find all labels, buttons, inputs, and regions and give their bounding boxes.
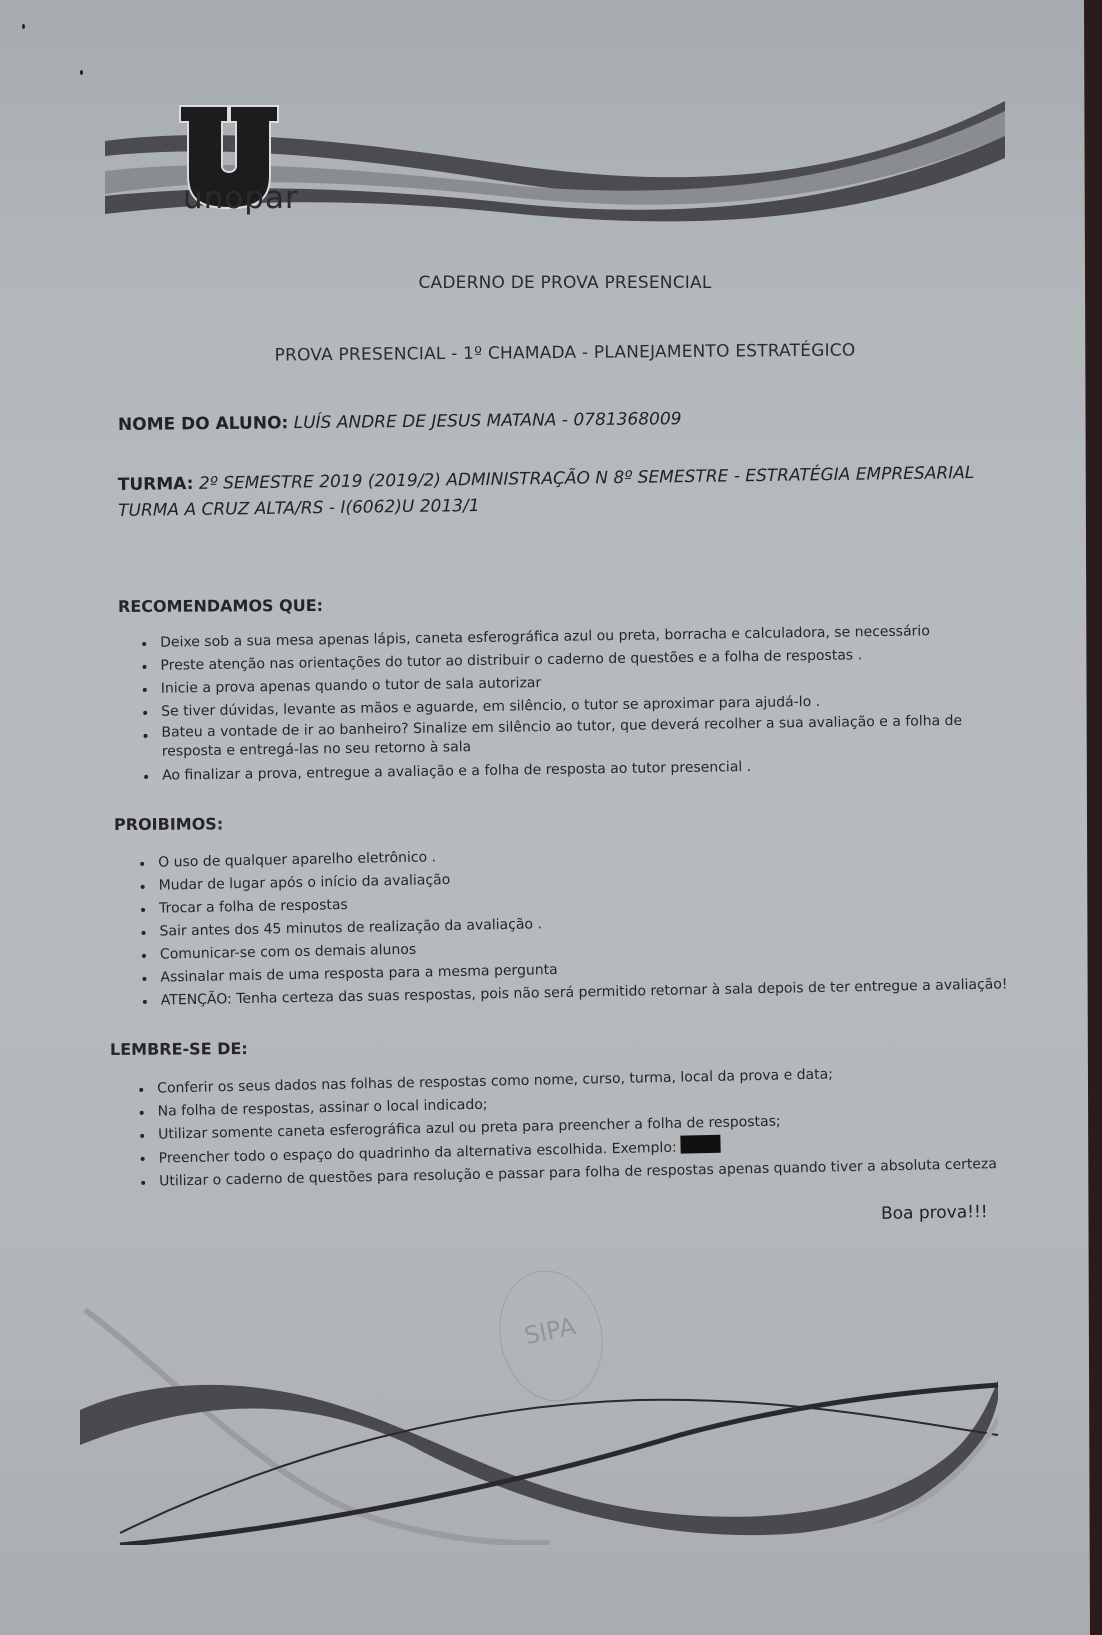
closing-message: Boa prova!!! (881, 1202, 988, 1224)
student-name-label: NOME DO ALUNO: (118, 413, 288, 435)
recomendamos-heading: RECOMENDAMOS QUE: (118, 596, 323, 616)
ink-speck (22, 24, 25, 29)
document-subtitle: PROVA PRESENCIAL - 1º CHAMADA - PLANEJAM… (20, 338, 1102, 368)
proibimos-list: O uso de qualquer aparelho eletrônico . … (138, 835, 1008, 1013)
lembre-list: Conferir os seus dados nas folhas de res… (137, 1060, 997, 1194)
turma-label: TURMA: (118, 474, 194, 495)
brand-logo-text: unopar (183, 180, 299, 216)
turma-field: TURMA: 2º SEMESTRE 2019 (2019/2) ADMINIS… (118, 460, 975, 524)
student-name-value: LUÍS ANDRE DE JESUS MATANA - 0781368009 (294, 409, 682, 433)
student-name-field: NOME DO ALUNO: LUÍS ANDRE DE JESUS MATAN… (118, 409, 682, 435)
recomendamos-list: Deixe sob a sua mesa apenas lápis, canet… (140, 619, 1022, 788)
filled-box-example-icon (680, 1135, 720, 1154)
lembre-heading: LEMBRE-SE DE: (110, 1039, 248, 1059)
ink-speck (80, 70, 83, 75)
exam-paper: unopar CADERNO DE PROVA PRESENCIAL PROVA… (0, 0, 1090, 1635)
document-title: CADERNO DE PROVA PRESENCIAL (20, 273, 1102, 293)
footer-swoosh-graphic (80, 1305, 1040, 1545)
proibimos-heading: PROIBIMOS: (114, 814, 223, 834)
